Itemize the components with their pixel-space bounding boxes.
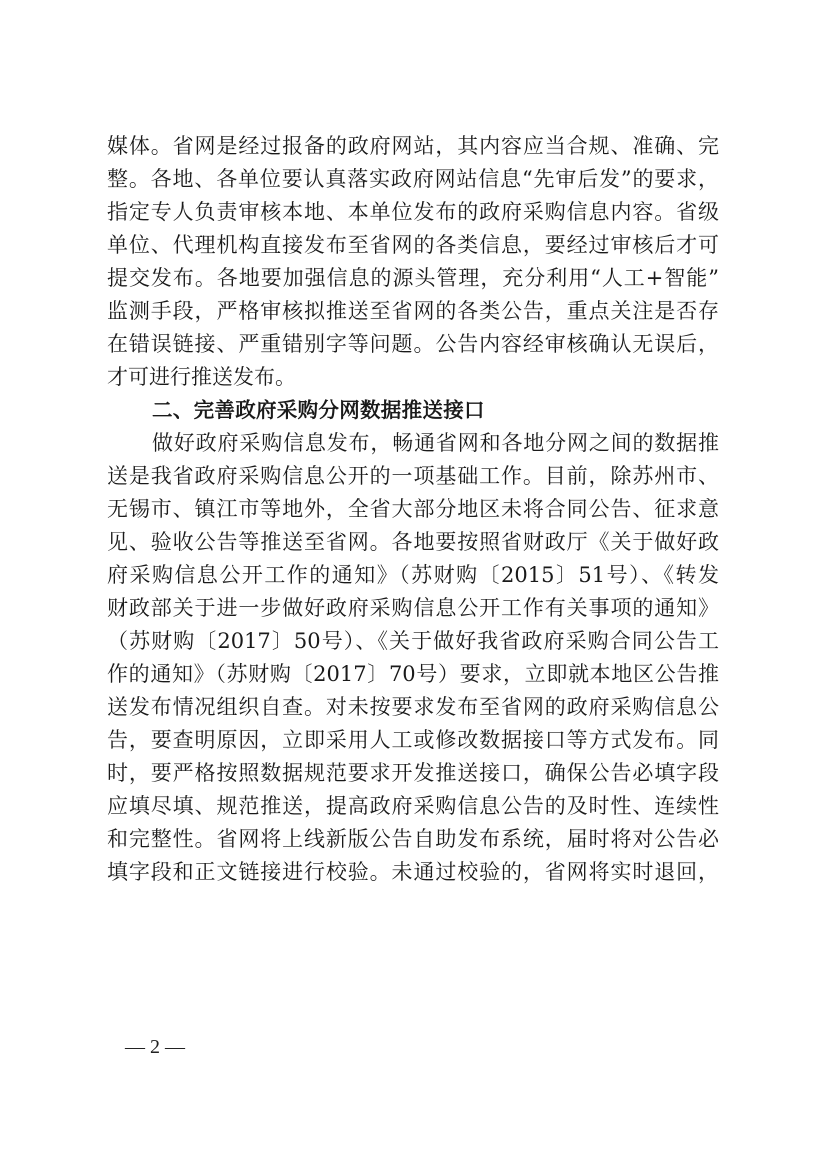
section-heading: 二、完善政府采购分网数据推送接口 [107, 394, 719, 427]
paragraph-line: 告，要查明原因，立即采用人工或修改数据接口等方式发布。同 [107, 724, 719, 757]
paragraph-line: 送是我省政府采购信息公开的一项基础工作。目前，除苏州市、 [107, 460, 719, 493]
paragraph-line: 作的通知》（苏财购〔2017〕70号）要求，立即就本地区公告推 [107, 658, 719, 691]
paragraph-line: 指定专人负责审核本地、本单位发布的政府采购信息内容。省级 [107, 196, 719, 229]
paragraph-line: 应填尽填、规范推送，提高政府采购信息公告的及时性、连续性 [107, 790, 719, 823]
paragraph-line: 单位、代理机构直接发布至省网的各类信息，要经过审核后才可 [107, 229, 719, 262]
paragraph-line: 在错误链接、严重错别字等问题。公告内容经审核确认无误后， [107, 328, 719, 361]
paragraph-line: 填字段和正文链接进行校验。未通过校验的，省网将实时退回， [107, 856, 719, 889]
paragraph-line: 监测手段，严格审核拟推送至省网的各类公告，重点关注是否存 [107, 295, 719, 328]
paragraph-line: 整。各地、各单位要认真落实政府网站信息“先审后发”的要求， [107, 163, 719, 196]
document-page: 媒体。省网是经过报备的政府网站，其内容应当合规、准确、完 整。各地、各单位要认真… [0, 0, 827, 1169]
paragraph-line: 送发布情况组织自查。对未按要求发布至省网的政府采购信息公 [107, 691, 719, 724]
paragraph-line: 财政部关于进一步做好政府采购信息公开工作有关事项的通知》 [107, 592, 719, 625]
paragraph-line: 无锡市、镇江市等地外，全省大部分地区未将合同公告、征求意 [107, 493, 719, 526]
paragraph-line: 和完整性。省网将上线新版公告自助发布系统，届时将对公告必 [107, 823, 719, 856]
paragraph-line: （苏财购〔2017〕50号）、《关于做好我省政府采购合同公告工 [107, 625, 719, 658]
paragraph-line: 时，要严格按照数据规范要求开发推送接口，确保公告必填字段 [107, 757, 719, 790]
paragraph-line: 府采购信息公开工作的通知》（苏财购〔2015〕51号）、《转发 [107, 559, 719, 592]
paragraph-line: 提交发布。各地要加强信息的源头管理，充分利用“人工+智能” [107, 262, 719, 295]
paragraph-line: 做好政府采购信息发布，畅通省网和各地分网之间的数据推 [107, 427, 719, 460]
paragraph-line: 才可进行推送发布。 [107, 361, 719, 394]
paragraph-line: 见、验收公告等推送至省网。各地要按照省财政厅《关于做好政 [107, 526, 719, 559]
paragraph-line: 媒体。省网是经过报备的政府网站，其内容应当合规、准确、完 [107, 130, 719, 163]
document-body: 媒体。省网是经过报备的政府网站，其内容应当合规、准确、完 整。各地、各单位要认真… [107, 130, 719, 889]
page-number: — 2 — [125, 1036, 185, 1059]
